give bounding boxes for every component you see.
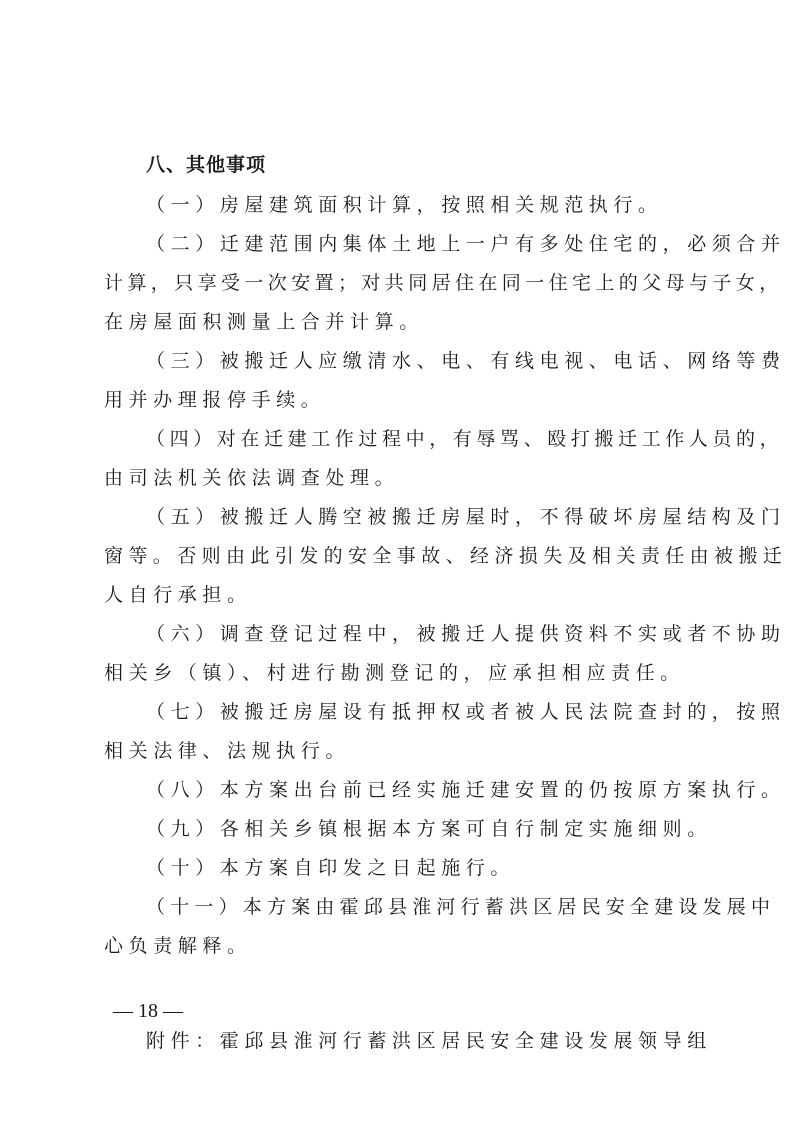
paragraph-line: （九）各相关乡镇根据本方案可自行制定实施细则。 — [146, 818, 712, 840]
paragraph-line: （四）对在迁建工作过程中，有辱骂、殴打搬迁工作人员的， — [146, 428, 783, 450]
paragraph-line: （七）被搬迁房屋设有抵押权或者被人民法院查封的，按照 — [146, 701, 786, 723]
paragraph-line: 由司法机关依法调查处理。 — [104, 467, 399, 489]
paragraph-line: （五）被搬迁人腾空被搬迁房屋时，不得破坏房屋结构及门 — [146, 506, 786, 528]
paragraph-line: （三）被搬迁人应缴清水、电、有线电视、电话、网络等费 — [146, 350, 786, 372]
paragraph-line: 心负责解释。 — [104, 935, 252, 957]
paragraph-line: 窗等。否则由此引发的安全事故、经济损失及相关责任由被搬迁 — [104, 545, 787, 567]
paragraph-line: （十）本方案自印发之日起施行。 — [146, 857, 515, 879]
page-number: — 18 — — [113, 1000, 183, 1023]
paragraph-line: 计算，只享受一次安置；对共同居住在同一住宅上的父母与子女， — [104, 272, 783, 294]
paragraph-line: 相关乡（镇）、村进行勘测登记的，应承担相应责任。 — [104, 662, 685, 684]
paragraph-line: 相关法律、法规执行。 — [104, 740, 350, 762]
attachment-note: 附件：霍邱县淮河行蓄洪区居民安全建设发展领导组 — [146, 1030, 712, 1052]
section-heading: 八、其他事项 — [146, 154, 266, 176]
paragraph-line: （二）迁建范围内集体土地上一户有多处住宅的，必须合并 — [146, 233, 786, 255]
paragraph-line: 人自行承担。 — [104, 584, 252, 606]
paragraph-line: （六）调查登记过程中，被搬迁人提供资料不实或者不协助 — [146, 623, 786, 645]
paragraph-line: （八）本方案出台前已经实施迁建安置的仍按原方案执行。 — [146, 779, 786, 801]
paragraph-line: 在房屋面积测量上合并计算。 — [104, 311, 424, 333]
paragraph-line: （十一）本方案由霍邱县淮河行蓄洪区居民安全建设发展中 — [146, 896, 775, 918]
paragraph-line: （一）房屋建筑面积计算，按照相关规范执行。 — [146, 194, 663, 216]
document-page: 八、其他事项 （一）房屋建筑面积计算，按照相关规范执行。 （二）迁建范围内集体土… — [0, 0, 794, 1122]
paragraph-line: 用并办理报停手续。 — [104, 389, 325, 411]
